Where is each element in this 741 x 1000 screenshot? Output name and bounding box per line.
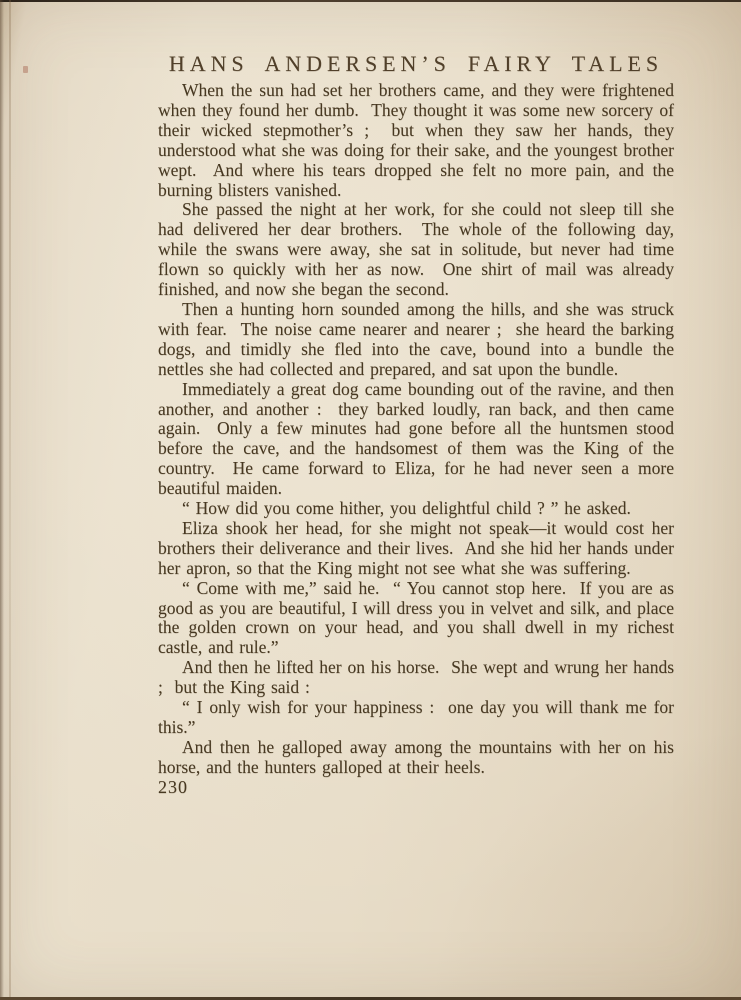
paragraph: Immediately a great dog came bounding ou…	[158, 380, 674, 499]
page-left-edge	[0, 0, 4, 1000]
running-head-title: HANS ANDERSEN’S FAIRY TALES	[158, 52, 674, 76]
paragraph: And then he galloped away among the moun…	[158, 738, 674, 778]
page-number: 230	[158, 778, 674, 798]
paragraph: And then he lifted her on his horse. She…	[158, 658, 674, 698]
paragraph: When the sun had set her brothers came, …	[158, 81, 674, 200]
story-body: When the sun had set her brothers came, …	[158, 81, 674, 778]
paragraph: Eliza shook her head, for she might not …	[158, 519, 674, 579]
paragraph: “ How did you come hither, you delightfu…	[158, 499, 674, 519]
paragraph: “ I only wish for your happiness : one d…	[158, 698, 674, 738]
paragraph: “ Come with me,” said he. “ You cannot s…	[158, 579, 674, 659]
book-page-scan: HANS ANDERSEN’S FAIRY TALES When the sun…	[0, 0, 741, 1000]
page-gutter-crease	[9, 0, 11, 1000]
scan-speck	[23, 66, 28, 73]
text-column: HANS ANDERSEN’S FAIRY TALES When the sun…	[158, 52, 674, 798]
paragraph: She passed the night at her work, for sh…	[158, 200, 674, 300]
paragraph: Then a hunting horn sounded among the hi…	[158, 300, 674, 380]
page-top-edge	[0, 0, 741, 2]
